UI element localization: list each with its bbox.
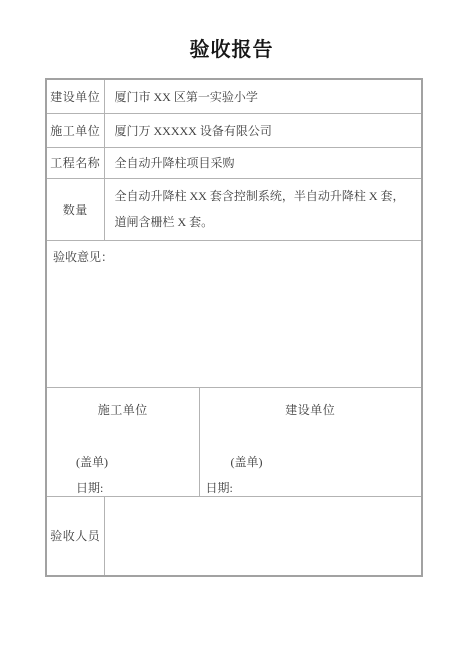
table-row-project-name: 工程名称 全自动升降柱项目采购 bbox=[46, 147, 422, 178]
contractor-date-label: 日期: bbox=[76, 479, 199, 496]
acceptance-report-table: 建设单位 厦门市 XX 区第一实验小学 施工单位 厦门万 XXXXX 设备有限公… bbox=[45, 78, 423, 577]
owner-seal-placeholder: (盖单) bbox=[231, 453, 422, 470]
owner-date-label: 日期: bbox=[206, 479, 422, 496]
owner-signature-title: 建设单位 bbox=[200, 401, 422, 418]
acceptance-opinion-label: 验收意见： bbox=[53, 250, 113, 264]
table-row-acceptance-opinion: 验收意见： bbox=[46, 240, 422, 387]
document-page: 验收报告 建设单位 厦门市 XX 区第一实验小学 施工单位 厦门万 XXXXX … bbox=[0, 0, 463, 655]
project-name-label: 工程名称 bbox=[46, 147, 104, 178]
table-row-signatures: 施工单位 (盖单) 日期: 建设单位 (盖单) 日期: bbox=[46, 387, 422, 496]
project-name-value: 全自动升降柱项目采购 bbox=[104, 147, 422, 178]
quantity-value: 全自动升降柱 XX 套含控制系统，半自动升降柱 X 套，道闸含栅栏 X 套。 bbox=[104, 178, 422, 240]
table-row-contractor: 施工单位 厦门万 XXXXX 设备有限公司 bbox=[46, 113, 422, 147]
contractor-unit-label: 施工单位 bbox=[46, 113, 104, 147]
table-row-inspectors: 验收人员 bbox=[46, 496, 422, 576]
contractor-signature-title: 施工单位 bbox=[47, 401, 199, 418]
document-title: 验收报告 bbox=[0, 33, 463, 62]
contractor-unit-value: 厦门万 XXXXX 设备有限公司 bbox=[104, 113, 422, 147]
owner-signature-cell: 建设单位 (盖单) 日期: bbox=[199, 387, 422, 496]
inspectors-value-cell bbox=[104, 496, 422, 576]
contractor-signature-cell: 施工单位 (盖单) 日期: bbox=[46, 387, 199, 496]
acceptance-opinion-cell: 验收意见： bbox=[46, 240, 422, 387]
quantity-label: 数量 bbox=[46, 178, 104, 240]
inspectors-label: 验收人员 bbox=[46, 496, 104, 576]
contractor-seal-placeholder: (盖单) bbox=[76, 453, 199, 470]
owner-unit-value: 厦门市 XX 区第一实验小学 bbox=[104, 79, 422, 113]
table-row-quantity: 数量 全自动升降柱 XX 套含控制系统，半自动升降柱 X 套，道闸含栅栏 X 套… bbox=[46, 178, 422, 240]
owner-unit-label: 建设单位 bbox=[46, 79, 104, 113]
table-row-construction-owner: 建设单位 厦门市 XX 区第一实验小学 bbox=[46, 79, 422, 113]
